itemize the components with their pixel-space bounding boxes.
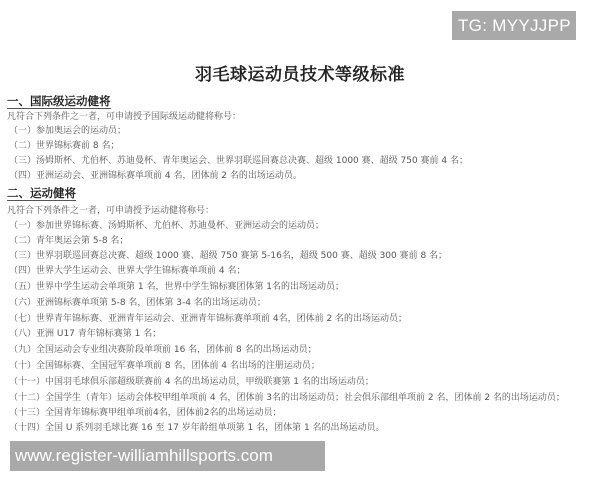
list-item: （十）全国锦标赛、全国冠军赛单项前 8 名，团体前 4 名出场的注册运动员； <box>9 360 320 372</box>
list-item: （一）参加世界锦标赛、汤姆斯杯、尤伯杯、苏迪曼杯、亚洲运动会的运动员； <box>9 220 324 232</box>
list-item: （五）世界中学生运动会单项第 1 名，世界中学生锦标赛团体第 1名的出场运动员； <box>9 281 344 293</box>
list-item: （十三）全国青年锦标赛甲组单项前4名，团体前2名的出场运动员； <box>9 407 281 419</box>
section-intro: 凡符合下列条件之一者，可申请授予国际级运动健将称号： <box>7 111 241 123</box>
list-item: （一）参加奥运会的运动员； <box>9 125 126 137</box>
list-item: （十二）全国学生（青年）运动会体校甲组单项前 4 名，团体前 3名的出场运动员；… <box>9 392 565 404</box>
list-item: （六）亚洲锦标赛单项第 5-8 名，团体第 3-4 名的出场运动员； <box>9 297 266 309</box>
url-watermark-banner: www.register-williamhillsports.com <box>10 441 325 471</box>
list-item: （三）世界羽联巡回赛总决赛、超级 1000 赛、超级 750 赛第 5-16名，… <box>9 250 447 262</box>
list-item: （二）世界锦标赛前 8 名； <box>9 140 119 152</box>
list-item: （四）世界大学生运动会、世界大学生锦标赛单项前 4 名； <box>9 265 245 277</box>
list-item: （二）青年奥运会第 5-8 名； <box>9 235 128 247</box>
list-item: （七）世界青年锦标赛、亚洲青年运动会、亚洲青年锦标赛单项前 4名，团体前 2 名… <box>9 313 407 325</box>
document-title: 羽毛球运动员技术等级标准 <box>0 60 600 85</box>
section-intro: 凡符合下列条件之一者，可申请授予运动健将称号： <box>7 205 214 217</box>
list-item: （四）亚洲运动会、亚洲锦标赛单项前 4 名，团体前 2 名的出场运动员。 <box>9 170 302 182</box>
tg-watermark-badge: TG: MYYJJPP <box>452 11 576 40</box>
list-item: （三）汤姆斯杯、尤伯杯、苏迪曼杯、青年奥运会、世界羽联巡回赛总决赛、超级 100… <box>9 155 468 167</box>
section-heading-master: 二、运动健将 <box>7 186 76 201</box>
list-item: （十四）全国 U 系列羽毛球比赛 16 至 17 岁年龄组单项第 1 名，团体第… <box>9 422 385 434</box>
list-item: （十一）中国羽毛球俱乐部超级联赛前 4 名的出场运动员，甲级联赛第 1 名的出场… <box>9 376 374 388</box>
list-item: （八）亚洲 U17 青年锦标赛第 1 名； <box>9 328 161 340</box>
list-item: （九）全国运动会专业组决赛阶段单项前 16 名，团体前 8 名的出场运动员； <box>9 344 317 356</box>
section-heading-international-master: 一、国际级运动健将 <box>7 94 111 109</box>
